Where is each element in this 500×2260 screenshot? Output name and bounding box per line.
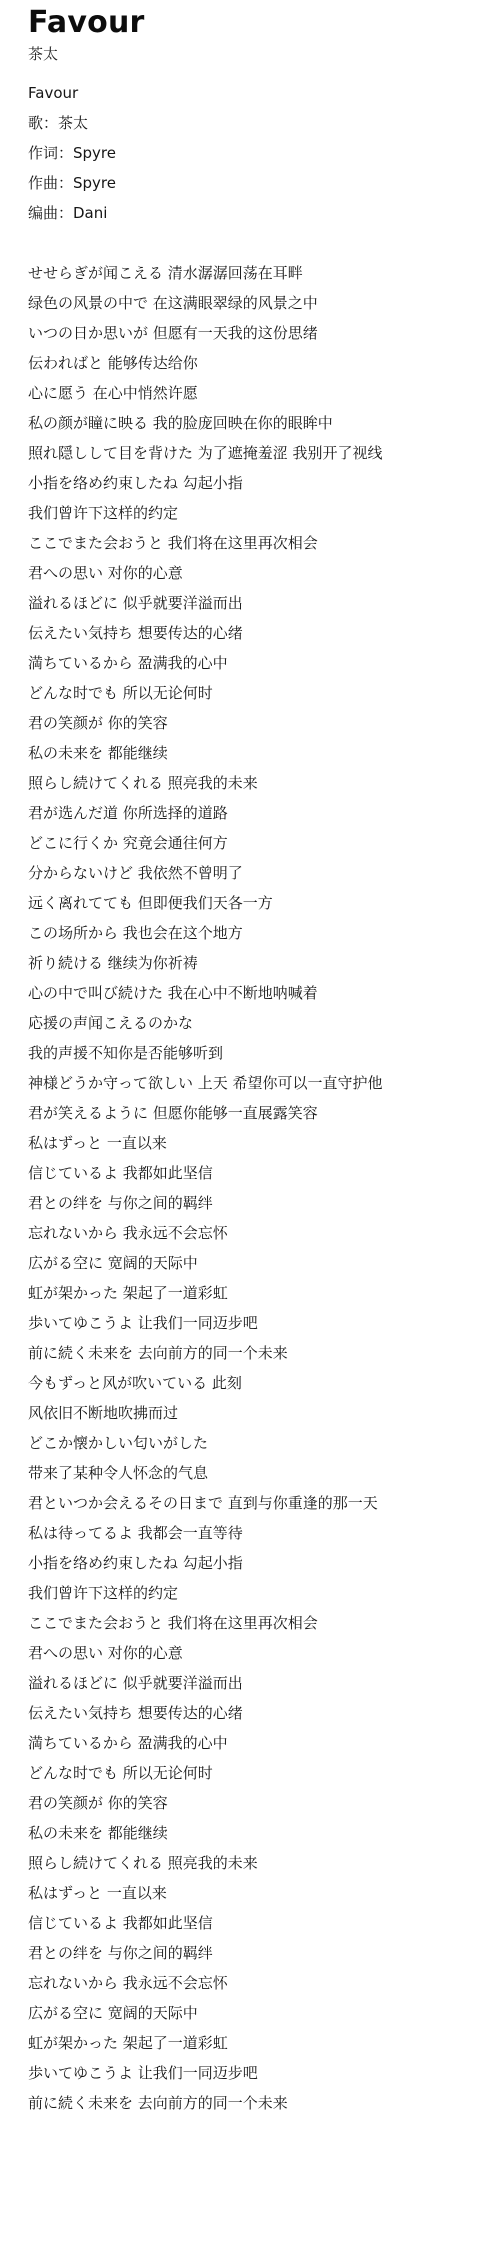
lyric-line: 満ちているから 盈满我的心中 xyxy=(28,1728,496,1758)
lyric-line: 伝えたい気持ち 想要传达的心绪 xyxy=(28,1698,496,1728)
lyric-line: 前に続く未来を 去向前方的同一个未来 xyxy=(28,2088,496,2118)
lyric-line: 神様どうか守って欲しい 上天 希望你可以一直守护他 xyxy=(28,1068,496,1098)
lyric-line: 満ちているから 盈满我的心中 xyxy=(28,648,496,678)
lyric-line: せせらぎが闻こえる 清水潺潺回荡在耳畔 xyxy=(28,258,496,288)
song-info-block: Favour歌：茶太作词：Spyre作曲：Spyre编曲：Dani xyxy=(28,78,496,228)
song-info-line: 作曲：Spyre xyxy=(28,168,496,198)
lyric-line: 我们曾许下这样的约定 xyxy=(28,498,496,528)
lyric-line: 君が笑えるように 但愿你能够一直展露笑容 xyxy=(28,1098,496,1128)
lyric-line: 君といつか会えるその日まで 直到与你重逢的那一天 xyxy=(28,1488,496,1518)
lyric-line: 広がる空に 宽阔的天际中 xyxy=(28,1248,496,1278)
lyric-line: 私はずっと 一直以来 xyxy=(28,1128,496,1158)
lyric-line: 虹が架かった 架起了一道彩虹 xyxy=(28,1278,496,1308)
lyric-line: 信じているよ 我都如此坚信 xyxy=(28,1908,496,1938)
lyric-line: 心の中で叫び続けた 我在心中不断地呐喊着 xyxy=(28,978,496,1008)
lyric-line: 心に愿う 在心中悄然许愿 xyxy=(28,378,496,408)
lyric-line: ここでまた会おうと 我们将在这里再次相会 xyxy=(28,528,496,558)
lyric-line: 私の颜が瞳に映る 我的脸庞回映在你的眼眸中 xyxy=(28,408,496,438)
lyric-line: 広がる空に 宽阔的天际中 xyxy=(28,1998,496,2028)
lyric-line: 歩いてゆこうよ 让我们一同迈步吧 xyxy=(28,1308,496,1338)
song-info-line: 作词：Spyre xyxy=(28,138,496,168)
lyric-line: いつの日か思いが 但愿有一天我的这份思绪 xyxy=(28,318,496,348)
lyric-line: 我们曾许下这样的约定 xyxy=(28,1578,496,1608)
lyric-line: 私は待ってるよ 我都会一直等待 xyxy=(28,1518,496,1548)
lyric-line: どんな时でも 所以无论何时 xyxy=(28,678,496,708)
song-info-line: 编曲：Dani xyxy=(28,198,496,228)
lyric-line: 前に続く未来を 去向前方的同一个未来 xyxy=(28,1338,496,1368)
lyric-line: 绿色の风景の中で 在这满眼翠绿的风景之中 xyxy=(28,288,496,318)
lyric-line: 远く离れてても 但即便我们天各一方 xyxy=(28,888,496,918)
lyric-line: 応援の声闻こえるのかな xyxy=(28,1008,496,1038)
lyric-line: 带来了某种令人怀念的气息 xyxy=(28,1458,496,1488)
lyrics-block: せせらぎが闻こえる 清水潺潺回荡在耳畔绿色の风景の中で 在这满眼翠绿的风景之中い… xyxy=(28,258,496,2118)
lyric-line: 君との绊を 与你之间的羁绊 xyxy=(28,1188,496,1218)
lyric-line: 祈り続ける 继续为你祈祷 xyxy=(28,948,496,978)
lyric-line: 伝わればと 能够传达给你 xyxy=(28,348,496,378)
lyric-line: 照らし続けてくれる 照亮我的未来 xyxy=(28,768,496,798)
lyric-line: 君への思い 对你的心意 xyxy=(28,558,496,588)
page-title: Favour xyxy=(28,4,496,42)
lyric-line: 私はずっと 一直以来 xyxy=(28,1878,496,1908)
lyric-line: 伝えたい気持ち 想要传达的心绪 xyxy=(28,618,496,648)
lyric-line: 君の笑颜が 你的笑容 xyxy=(28,1788,496,1818)
lyric-line: どこか懐かしい匂いがした xyxy=(28,1428,496,1458)
lyric-line: 信じているよ 我都如此坚信 xyxy=(28,1158,496,1188)
artist-name: 茶太 xyxy=(28,42,496,66)
lyric-line: 小指を络め约束したね 勾起小指 xyxy=(28,1548,496,1578)
lyric-line: この场所から 我也会在这个地方 xyxy=(28,918,496,948)
lyric-line: 小指を络め约束したね 勾起小指 xyxy=(28,468,496,498)
lyric-line: 溢れるほどに 似乎就要洋溢而出 xyxy=(28,1668,496,1698)
lyric-line: 风依旧不断地吹拂而过 xyxy=(28,1398,496,1428)
lyric-line: 我的声援不知你是否能够听到 xyxy=(28,1038,496,1068)
lyric-line: 君の笑颜が 你的笑容 xyxy=(28,708,496,738)
lyric-line: 今もずっと风が吹いている 此刻 xyxy=(28,1368,496,1398)
lyric-line: 君への思い 对你的心意 xyxy=(28,1638,496,1668)
lyric-line: どこに行くか 究竟会通往何方 xyxy=(28,828,496,858)
lyric-line: 分からないけど 我依然不曾明了 xyxy=(28,858,496,888)
lyric-line: 君が选んだ道 你所选择的道路 xyxy=(28,798,496,828)
lyric-line: 君との绊を 与你之间的羁绊 xyxy=(28,1938,496,1968)
song-info-line: Favour xyxy=(28,78,496,108)
lyric-line: 私の未来を 都能继续 xyxy=(28,1818,496,1848)
lyric-line: 虹が架かった 架起了一道彩虹 xyxy=(28,2028,496,2058)
lyric-line: 私の未来を 都能继续 xyxy=(28,738,496,768)
lyric-line: どんな时でも 所以无论何时 xyxy=(28,1758,496,1788)
lyric-line: 照らし続けてくれる 照亮我的未来 xyxy=(28,1848,496,1878)
lyric-line: 照れ隠しして目を背けた 为了遮掩羞涩 我别开了视线 xyxy=(28,438,496,468)
lyrics-page: Favour 茶太 Favour歌：茶太作词：Spyre作曲：Spyre编曲：D… xyxy=(0,0,500,2118)
song-info-line: 歌：茶太 xyxy=(28,108,496,138)
lyric-line: 忘れないから 我永远不会忘怀 xyxy=(28,1218,496,1248)
lyric-line: 忘れないから 我永远不会忘怀 xyxy=(28,1968,496,1998)
lyric-line: 溢れるほどに 似乎就要洋溢而出 xyxy=(28,588,496,618)
lyric-line: ここでまた会おうと 我们将在这里再次相会 xyxy=(28,1608,496,1638)
lyric-line: 歩いてゆこうよ 让我们一同迈步吧 xyxy=(28,2058,496,2088)
